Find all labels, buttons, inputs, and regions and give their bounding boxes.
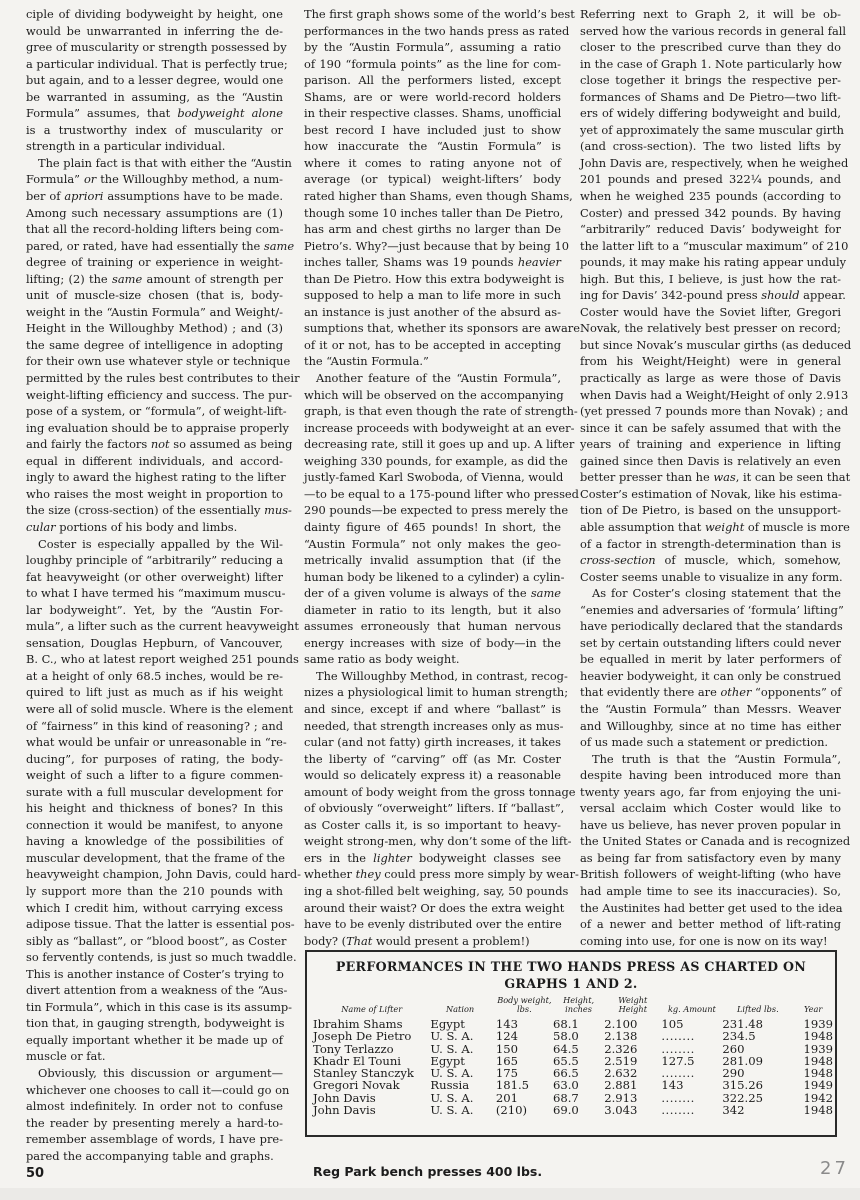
text-line: Formula” assumes, that bodyweight alone	[26, 105, 283, 122]
table-title: PERFORMANCES IN THE TWO HANDS PRESS AS C…	[307, 958, 835, 992]
text-line: almost indefinitely. In order not to con…	[26, 1098, 283, 1115]
header-lifted-lbs: Lifted lbs.	[722, 996, 793, 1018]
text-line: strength in a particular individual.	[26, 138, 283, 155]
text-line: twenty years ago, far from enjoying the …	[580, 784, 841, 801]
cell-height: 58.0	[553, 1030, 604, 1042]
text-line: have to be evenly distributed over the e…	[304, 916, 561, 933]
text-line: ducing”, for purposes of rating, the bod…	[26, 751, 283, 768]
text-line: tion of De Pietro, is based on the unsup…	[580, 502, 841, 519]
text-line: ing evaluation should be to appraise pro…	[26, 420, 283, 437]
text-line: practically as large as were those of Da…	[580, 370, 841, 387]
text-line: decreasing rate, still it goes up and up…	[304, 436, 561, 453]
table-row: Gregori NovakRussia181.563.02.881143315.…	[313, 1079, 833, 1091]
text-line: weight strong-men, why don’t some of the…	[304, 833, 561, 850]
text-line: Formula” or the Willoughby method, a num…	[26, 171, 283, 188]
text-line: that all the record-holding lifters bein…	[26, 221, 283, 238]
text-line: weight in the “Austin Formula” and Weigh…	[26, 304, 283, 321]
table-row: John DavisU. S. A.(210)69.03.043........…	[313, 1104, 833, 1116]
text-line: a particular individual. That is perfect…	[26, 56, 283, 73]
text-line: der of a given volume is always of the s…	[304, 585, 561, 602]
text-line: whether they could press more simply by …	[304, 866, 561, 883]
text-line: around their waist? Or does the extra we…	[304, 900, 561, 917]
text-line: be warranted in assuming, as the “Austin	[26, 89, 283, 106]
text-line: equally important whether it be made up …	[26, 1032, 283, 1049]
text-line: remember assemblage of words, I have pre…	[26, 1131, 283, 1148]
cell-kg-amount: ........	[661, 1030, 722, 1042]
text-line: as being far from satisfactory even by m…	[580, 850, 841, 867]
text-line: the latter lift to a “muscular maximum” …	[580, 238, 841, 255]
text-line: ciple of dividing bodyweight by height, …	[26, 6, 283, 23]
text-line: of obviously “overweight” lifters. If “b…	[304, 800, 561, 817]
cell-bodyweight: 181.5	[490, 1079, 553, 1091]
text-line: closer to the prescribed curve than they…	[580, 39, 841, 56]
text-line: human body be likened to a cylinder) a c…	[304, 569, 561, 586]
text-line: Coster seems unable to visualize in any …	[580, 569, 841, 586]
text-line: rated higher than Shams, even though Sha…	[304, 188, 561, 205]
text-line: whichever one chooses to call it—could g…	[26, 1082, 283, 1099]
cell-nation: U. S. A.	[430, 1030, 489, 1042]
text-line: than De Pietro. How this extra bodyweigh…	[304, 271, 561, 288]
text-line: when Davis had a Weight/Height of only 2…	[580, 387, 841, 404]
text-line: best record I have included just to show	[304, 122, 561, 139]
text-line: diameter in ratio to its length, but it …	[304, 602, 561, 619]
text-line: permitted by the rules best contributes …	[26, 370, 283, 387]
text-line: connection it would be manifest, to anyo…	[26, 817, 283, 834]
text-line: Pietro’s. Why?—just because that by bein…	[304, 238, 561, 255]
text-line: be equalled in merit by later performers…	[580, 651, 841, 668]
cell-bodyweight: (210)	[490, 1104, 553, 1116]
text-line: energy increases with size of body—in th…	[304, 635, 561, 652]
text-line: as Coster calls it, is so important to h…	[304, 817, 561, 834]
header-weight-height: Weight Height	[604, 996, 661, 1018]
text-line: where it comes to rating anyone not of	[304, 155, 561, 172]
text-line: —to be equal to a 175-pound lifter who p…	[304, 486, 561, 503]
text-line: how inaccurate the “Austin Formula” is	[304, 138, 561, 155]
text-line: divert attention from a weakness of the …	[26, 982, 283, 999]
text-column-3: Referring next to Graph 2, it will be ob…	[580, 6, 841, 949]
header-bodyweight: Body weight, lbs.	[490, 996, 553, 1018]
text-line: that evidently there are other “opponent…	[580, 684, 841, 701]
text-line: were all of solid muscle. Where is the e…	[26, 701, 283, 718]
cell-nation: Russia	[430, 1079, 489, 1091]
text-line: heavier bodyweight, it can only be const…	[580, 668, 841, 685]
text-line: years of training and experience in lift…	[580, 436, 841, 453]
table-header-row: Name of Lifter Nation Body weight, lbs. …	[313, 996, 833, 1018]
text-line: ly support more than the 210 pounds with	[26, 883, 283, 900]
text-line: sumptions that, whether its sponsors are…	[304, 320, 561, 337]
text-line: pounds, it may make his rating appear un…	[580, 254, 841, 271]
cell-bodyweight: 124	[490, 1030, 553, 1042]
text-line: cross-section of muscle, which, somehow,	[580, 552, 841, 569]
text-line: sensation, Douglas Hepburn, of Vancouver…	[26, 635, 283, 652]
text-line: tin Formula”, which in this case is its …	[26, 999, 283, 1016]
text-line: “enemies and adversaries of ‘formula’ li…	[580, 602, 841, 619]
cell-weight-height: 2.881	[604, 1079, 661, 1091]
text-line: adipose tissue. That the latter is essen…	[26, 916, 283, 933]
cell-weight-height: 3.043	[604, 1104, 661, 1116]
text-line: from his Weight/Height) were in general	[580, 353, 841, 370]
cell-name: John Davis	[313, 1104, 430, 1116]
text-line: cular (and not fatty) girth increases, i…	[304, 734, 561, 751]
text-line: but again, and to a lesser degree, would…	[26, 72, 283, 89]
text-line: in their respective classes. Shams, unof…	[304, 105, 561, 122]
text-line: British followers of weight-lifting (who…	[580, 866, 841, 883]
text-line: Among such necessary assumptions are (1)	[26, 205, 283, 222]
text-line: better presser than he was, it can be se…	[580, 469, 841, 486]
text-line: would be unwarranted in inferring the de…	[26, 23, 283, 40]
cell-kg-amount: 143	[661, 1079, 722, 1091]
text-line: Coster is especially appalled by the Wil…	[26, 536, 283, 553]
header-height: Height, inches	[553, 996, 604, 1018]
cell-year: 1949	[793, 1079, 833, 1091]
text-line: at a height of only 68.5 inches, would b…	[26, 668, 283, 685]
text-line: of it or not, has to be accepted in acce…	[304, 337, 561, 354]
text-line: Another feature of the “Austin Formula”,	[304, 370, 561, 387]
text-line: weighing 330 pounds, for example, as did…	[304, 453, 561, 470]
text-line: an instance is just another of the absur…	[304, 304, 561, 321]
header-name: Name of Lifter	[313, 996, 430, 1018]
table-row: Joseph De PietroU. S. A.12458.02.138....…	[313, 1030, 833, 1042]
text-line: Obviously, this discussion or argument—	[26, 1065, 283, 1082]
text-line: so fervently contends, is just so much t…	[26, 949, 283, 966]
text-line: The plain fact is that with either the “…	[26, 155, 283, 172]
text-line: muscle or fat.	[26, 1048, 283, 1065]
cell-nation: U. S. A.	[430, 1104, 489, 1116]
text-line: nizes a physiological limit to human str…	[304, 684, 561, 701]
text-line: of us made such a statement or predictio…	[580, 734, 841, 751]
text-line: of 190 “formula points” as the line for …	[304, 56, 561, 73]
text-line: metrically invalid assumption that (if t…	[304, 552, 561, 569]
text-line: the “Austin Formula.”	[304, 353, 561, 370]
text-line: able assumption that weight of muscle is…	[580, 519, 841, 536]
text-line: same ratio as body weight.	[304, 651, 561, 668]
text-line: The first graph shows some of the world’…	[304, 6, 561, 23]
handwritten-mark: 27	[820, 1158, 849, 1179]
text-line: to what I have termed his “maximum muscu…	[26, 585, 283, 602]
text-line: has arm and chest girths no larger than …	[304, 221, 561, 238]
text-line: the same degree of intelligence in adopt…	[26, 337, 283, 354]
text-line: weight of such a lifter to a figure comm…	[26, 767, 283, 784]
text-line: the reader by presenting merely a hard-t…	[26, 1115, 283, 1132]
text-line: who raises the most weight in proportion…	[26, 486, 283, 503]
text-line: since it can be safely assumed that with…	[580, 420, 841, 437]
text-line: for their own use whatever style or tech…	[26, 353, 283, 370]
text-line: pose of a system, or “formula”, of weigh…	[26, 403, 283, 420]
text-line: versal acclaim which Coster would like t…	[580, 800, 841, 817]
cell-year: 1948	[793, 1104, 833, 1116]
text-line: ers in the lighter bodyweight classes se…	[304, 850, 561, 867]
performance-table-box: PERFORMANCES IN THE TWO HANDS PRESS AS C…	[305, 950, 837, 1137]
text-line: though some 10 inches taller than De Pie…	[304, 205, 561, 222]
cell-lifted-lbs: 234.5	[722, 1030, 793, 1042]
text-line: yet of approximately the same muscular g…	[580, 122, 841, 139]
text-line: but since Novak’s muscular girths (as de…	[580, 337, 841, 354]
text-line: and fairly the factors not so assumed as…	[26, 436, 283, 453]
text-line: justly-famed Karl Swoboda, of Vienna, wo…	[304, 469, 561, 486]
text-line: muscular development, that the frame of …	[26, 850, 283, 867]
text-line: gained since then Davis is relatively an…	[580, 453, 841, 470]
text-line: despite having been introduced more than	[580, 767, 841, 784]
text-line: ing for Davis’ 342-pound press should ap…	[580, 287, 841, 304]
text-line: lifting; (2) the same amount of strength…	[26, 271, 283, 288]
page-number: 50	[26, 1166, 44, 1181]
text-line: coming into use, for one is now on its w…	[580, 933, 841, 950]
text-line: the United States or Canada and is recog…	[580, 833, 841, 850]
text-line: fat heavyweight (or other overweight) li…	[26, 569, 283, 586]
text-line: is a trustworthy index of muscularity or	[26, 122, 283, 139]
table-body: Ibrahim ShamsEgypt14368.12.100105231.481…	[313, 1018, 833, 1116]
text-line: and Willoughby, since at no time has eit…	[580, 718, 841, 735]
text-line: ing a shot-filled belt weighing, say, 50…	[304, 883, 561, 900]
text-line: having a knowledge of the possibilities …	[26, 833, 283, 850]
text-line: parison. All the performers listed, exce…	[304, 72, 561, 89]
text-line: weight-lifting efficiency and success. T…	[26, 387, 283, 404]
text-line: supposed to help a man to life more in s…	[304, 287, 561, 304]
text-line: equal in different individuals, and acco…	[26, 453, 283, 470]
text-line: Referring next to Graph 2, it will be ob…	[580, 6, 841, 23]
text-line: pared the accompanying table and graphs.	[26, 1148, 283, 1165]
text-line: Shams, are or were world-record holders	[304, 89, 561, 106]
text-line: Novak, the relatively best presser on re…	[580, 320, 841, 337]
text-line: Height in the Willoughby Method) ; and (…	[26, 320, 283, 337]
text-line: assumes erroneously that human nervous	[304, 618, 561, 635]
text-line: gree of muscularity or strength possesse…	[26, 39, 283, 56]
text-line: by the “Austin Formula”, assuming a rati…	[304, 39, 561, 56]
text-line: amount of body weight from the gross ton…	[304, 784, 561, 801]
text-line: average (or typical) weight-lifters’ bod…	[304, 171, 561, 188]
text-line: The Willoughby Method, in contrast, reco…	[304, 668, 561, 685]
text-line: degree of training or experience in weig…	[26, 254, 283, 271]
text-line: lar bodyweight”. Yet, by the “Austin For…	[26, 602, 283, 619]
text-line: of “fairness” in this kind of reasoning?…	[26, 718, 283, 735]
text-line: formances of Shams and De Pietro—two lif…	[580, 89, 841, 106]
text-line: close together it brings the respective …	[580, 72, 841, 89]
text-line: ers of widely differing bodyweight and b…	[580, 105, 841, 122]
text-line: what would be unfair or unreasonable in …	[26, 734, 283, 751]
text-line: ber of apriori assumptions have to be ma…	[26, 188, 283, 205]
text-line: heavyweight champion, John Davis, could …	[26, 866, 283, 883]
text-line: needed, that strength increases only as …	[304, 718, 561, 735]
text-line: (and cross-section). The two listed lift…	[580, 138, 841, 155]
text-line: of a factor in strength-determination th…	[580, 536, 841, 553]
text-line: Coster) and pressed 342 pounds. By havin…	[580, 205, 841, 222]
text-line: Coster’s estimation of Novak, like his e…	[580, 486, 841, 503]
text-line: when he weighed 235 pounds (according to	[580, 188, 841, 205]
header-nation: Nation	[430, 996, 489, 1018]
text-line: unit of muscle-size chosen (that is, bod…	[26, 287, 283, 304]
text-line: body? (That would present a problem!)	[304, 933, 561, 950]
text-line: increase proceeds with bodyweight at an …	[304, 420, 561, 437]
text-line: 290 pounds—be expected to press merely t…	[304, 502, 561, 519]
text-line: John Davis are, respectively, when he we…	[580, 155, 841, 172]
text-line: of a newer and better method of lift-rat…	[580, 916, 841, 933]
text-line: (yet pressed 7 pounds more than Novak) ;…	[580, 403, 841, 420]
cell-lifted-lbs: 342	[722, 1104, 793, 1116]
text-line: graph, is that even though the rate of s…	[304, 403, 561, 420]
text-line: in the case of Graph 1. Note particularl…	[580, 56, 841, 73]
text-line: B. C., who at latest report weighed 251 …	[26, 651, 283, 668]
header-kg-amount: kg. Amount	[661, 996, 722, 1018]
magazine-page: ciple of dividing bodyweight by height, …	[0, 0, 860, 1200]
text-line: had ample time to see its inaccuracies).…	[580, 883, 841, 900]
footer-caption: Reg Park bench presses 400 lbs.	[313, 1164, 542, 1179]
cell-weight-height: 2.138	[604, 1030, 661, 1042]
text-line: which I credit him, without carrying exc…	[26, 900, 283, 917]
text-line: his height and thickness of bones? In th…	[26, 800, 283, 817]
text-line: the liberty of “carving” off (as Mr. Cos…	[304, 751, 561, 768]
text-line: would so delicately express it) a reason…	[304, 767, 561, 784]
cell-height: 69.0	[553, 1104, 604, 1116]
text-line: have periodically declared that the stan…	[580, 618, 841, 635]
text-line: “arbitrarily” reduced Davis’ bodyweight …	[580, 221, 841, 238]
text-line: pared, or rated, have had essentially th…	[26, 238, 283, 255]
text-line: set by certain outstanding lifters could…	[580, 635, 841, 652]
text-line: The truth is that the “Austin Formula”,	[580, 751, 841, 768]
text-column-2: The first graph shows some of the world’…	[304, 6, 561, 949]
text-line: “Austin Formula” not only makes the geo-	[304, 536, 561, 553]
text-line: the Austinites had better get used to th…	[580, 900, 841, 917]
header-year: Year	[793, 996, 833, 1018]
text-line: quired to lift just as much as if his we…	[26, 684, 283, 701]
text-line: sibly as “ballast”, or “blood boost”, as…	[26, 933, 283, 950]
text-line: Coster would have the Soviet lifter, Gre…	[580, 304, 841, 321]
text-line: ingly to award the highest rating to the…	[26, 469, 283, 486]
text-line: mula”, a lifter such as the current heav…	[26, 618, 283, 635]
text-line: the “Austin Formula” than Messrs. Weaver	[580, 701, 841, 718]
cell-name: Gregori Novak	[313, 1079, 430, 1091]
cell-lifted-lbs: 315.26	[722, 1079, 793, 1091]
text-line: tion that, in gauging strength, bodyweig…	[26, 1015, 283, 1032]
text-line: the size (cross-section) of the essentia…	[26, 502, 283, 519]
text-line: dainty figure of 465 pounds! In short, t…	[304, 519, 561, 536]
text-line: cular portions of his body and limbs.	[26, 519, 283, 536]
text-line: which will be observed on the accompanyi…	[304, 387, 561, 404]
cell-height: 63.0	[553, 1079, 604, 1091]
text-line: performances in the two hands press as r…	[304, 23, 561, 40]
performance-table: Name of Lifter Nation Body weight, lbs. …	[313, 996, 833, 1116]
text-line: have us believe, has never proven popula…	[580, 817, 841, 834]
text-line: high. But this, I believe, is just how t…	[580, 271, 841, 288]
text-line: served how the various records in genera…	[580, 23, 841, 40]
text-line: loughby principle of “arbitrarily” reduc…	[26, 552, 283, 569]
text-line: As for Coster’s closing statement that t…	[580, 585, 841, 602]
text-line: and since, except if and where “ballast”…	[304, 701, 561, 718]
cell-name: Joseph De Pietro	[313, 1030, 430, 1042]
text-line: 201 pounds and presed 322¼ pounds, and	[580, 171, 841, 188]
text-column-1: ciple of dividing bodyweight by height, …	[26, 6, 283, 1164]
text-line: This is another instance of Coster’s try…	[26, 966, 283, 983]
scan-edge	[0, 1188, 860, 1200]
text-line: inches taller, Shams was 19 pounds heavi…	[304, 254, 561, 271]
cell-year: 1948	[793, 1030, 833, 1042]
cell-kg-amount: ........	[661, 1104, 722, 1116]
text-line: surate with a full muscular development …	[26, 784, 283, 801]
